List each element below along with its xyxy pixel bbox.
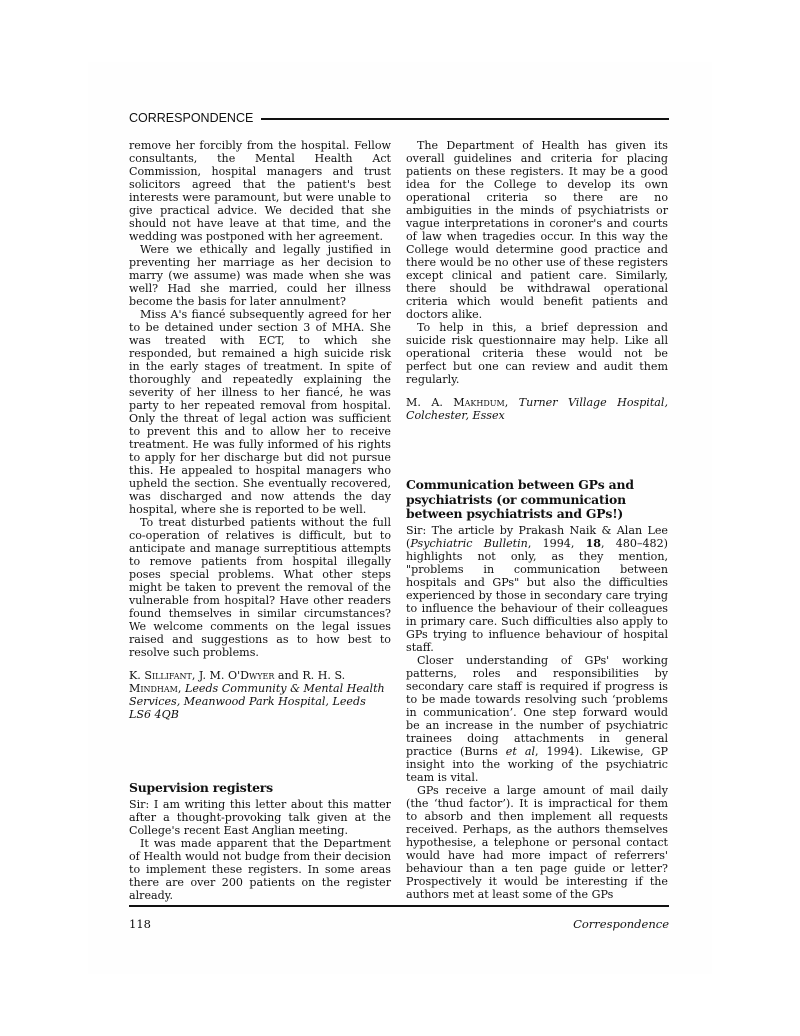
letter-signature: M. A. Makhdum, Turner Village Hospital, … [406,396,668,422]
right-column: The Department of Health has given its o… [406,139,668,901]
section-spacer [129,721,391,781]
section-title: Communication between GPs and psychiatri… [406,478,668,522]
author-name: M. A. Makhdum, [406,396,508,409]
left-column: remove her forcibly from the hospital. F… [129,139,391,902]
section-label: CORRESPONDENCE [129,111,253,125]
paragraph: remove her forcibly from the hospital. F… [129,139,391,243]
text-run: Closer understanding of GPs' working pat… [406,654,668,758]
paragraph: Sir: The article by Prakash Naik & Alan … [406,524,668,654]
running-header: CORRESPONDENCE [129,110,669,126]
conjunction: and [278,669,299,682]
paragraph: To help in this, a brief depression and … [406,321,668,386]
page-number: 118 [129,917,151,931]
paragraph: Were we ethically and legally justified … [129,243,391,308]
running-footer: 118 Correspondence [129,917,669,931]
footer-section: Correspondence [573,917,669,931]
paragraph: The Department of Health has given its o… [406,139,668,321]
paragraph: To treat disturbed patients without the … [129,516,391,659]
citation-etal: et al [506,745,535,758]
paragraph: Closer understanding of GPs' working pat… [406,654,668,784]
footer-rule [129,905,669,907]
text-run: highlights not only, as they mention, "p… [406,550,668,654]
section-title: Supervision registers [129,781,391,796]
header-rule [261,118,669,120]
paragraph: GPs receive a large amount of mail daily… [406,784,668,901]
author-name: K. Sillifant [129,669,192,682]
text-run: , 1994, [528,537,586,550]
letter-signature: K. Sillifant, J. M. O'Dwyer and R. H. S.… [129,669,391,721]
section-spacer [406,422,668,478]
paragraph: Miss A's fiancé subsequently agreed for … [129,308,391,516]
paragraph: It was made apparent that the Department… [129,837,391,902]
text-run: , 480–482) [601,537,668,550]
volume-number: 18 [586,537,601,550]
paragraph: Sir: I am writing this letter about this… [129,798,391,837]
journal-name: Psychiatric Bulletin [410,537,528,550]
author-name: J. M. O'Dwyer [199,669,274,682]
